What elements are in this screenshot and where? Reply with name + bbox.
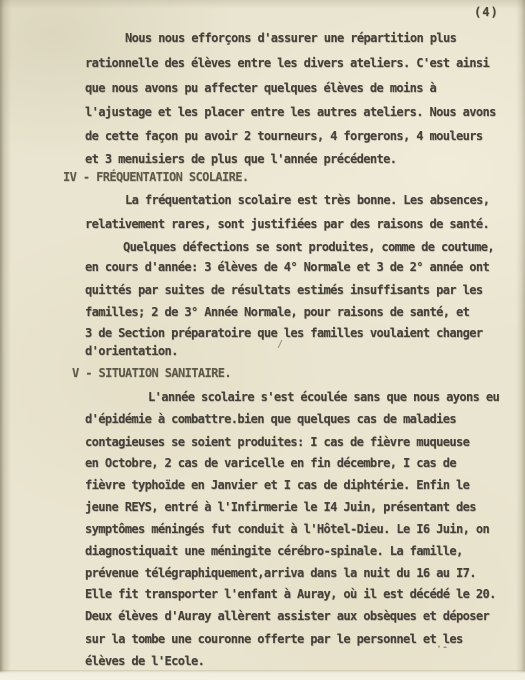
text-line: jeune REYS, entré à l'Infirmerie le I4 J… [85, 500, 476, 514]
text-line: Nous nous efforçons d'assurer une répart… [125, 31, 456, 45]
text-line: relativement rares, sont justifiées par … [85, 217, 489, 231]
text-line: d'orientation. [85, 344, 178, 358]
text-line: d'épidémie à combattre.bien que quelques… [85, 412, 456, 426]
text-line: en cours d'année: 3 élèves de 4° Normale… [85, 260, 489, 274]
text-line: 3 de Section préparatoire que les famill… [85, 326, 482, 340]
text-line: L'année scolaire s'est écoulée sans que … [148, 390, 499, 404]
text-line: que nous avons pu affecter quelques élèv… [85, 81, 436, 95]
section-heading: IV - FRÉQUENTATION SCOLAIRE. [63, 170, 249, 184]
text-line: et 3 menuisiers de plus que l'année préc… [85, 152, 396, 166]
ink-smudge: / [277, 339, 283, 350]
text-line: rationnelle des élèves entre les divers … [85, 56, 489, 70]
text-line: Deux élèves d'Auray allèrent assister au… [85, 609, 489, 623]
text-line: en Octobre, 2 cas de varicelle en fin dé… [85, 456, 456, 470]
text-line: familles; 2 de 3° Année Normale, pour ra… [85, 305, 469, 319]
scanned-document-page: (4) Nous nous efforçons d'assurer une ré… [0, 0, 525, 680]
section-heading: V - SITUATION SANITAIRE. [72, 366, 231, 380]
text-line: sur la tombe une couronne offerte par le… [85, 632, 463, 646]
page-number: (4) [474, 5, 499, 19]
text-line: de cette façon pu avoir 2 tourneurs, 4 f… [85, 129, 482, 143]
text-line: fièvre typhoïde en Janvier et I cas de d… [85, 478, 469, 492]
text-line: l'ajustage et les placer entre les autre… [85, 105, 496, 119]
text-line: diagnostiquait une méningite cérébro-spi… [85, 544, 463, 558]
text-line: prévenue télégraphiquement,arriva dans l… [85, 566, 476, 580]
text-line: Quelques défections se sont produites, c… [123, 240, 494, 254]
text-line: quittés par suites de résultats estimés … [85, 283, 482, 297]
text-line: symptômes méningés fut conduit à l'Hôtel… [85, 522, 489, 536]
text-line: élèves de l'Ecole. [85, 654, 204, 668]
ink-smudge: ·- [436, 642, 448, 653]
text-line: La fréquentation scolaire est très bonne… [125, 193, 489, 207]
text-line: Elle fit transporter l'enfant à Auray, o… [85, 587, 496, 601]
text-line: contagieuses se soient produites: I cas … [85, 435, 469, 449]
